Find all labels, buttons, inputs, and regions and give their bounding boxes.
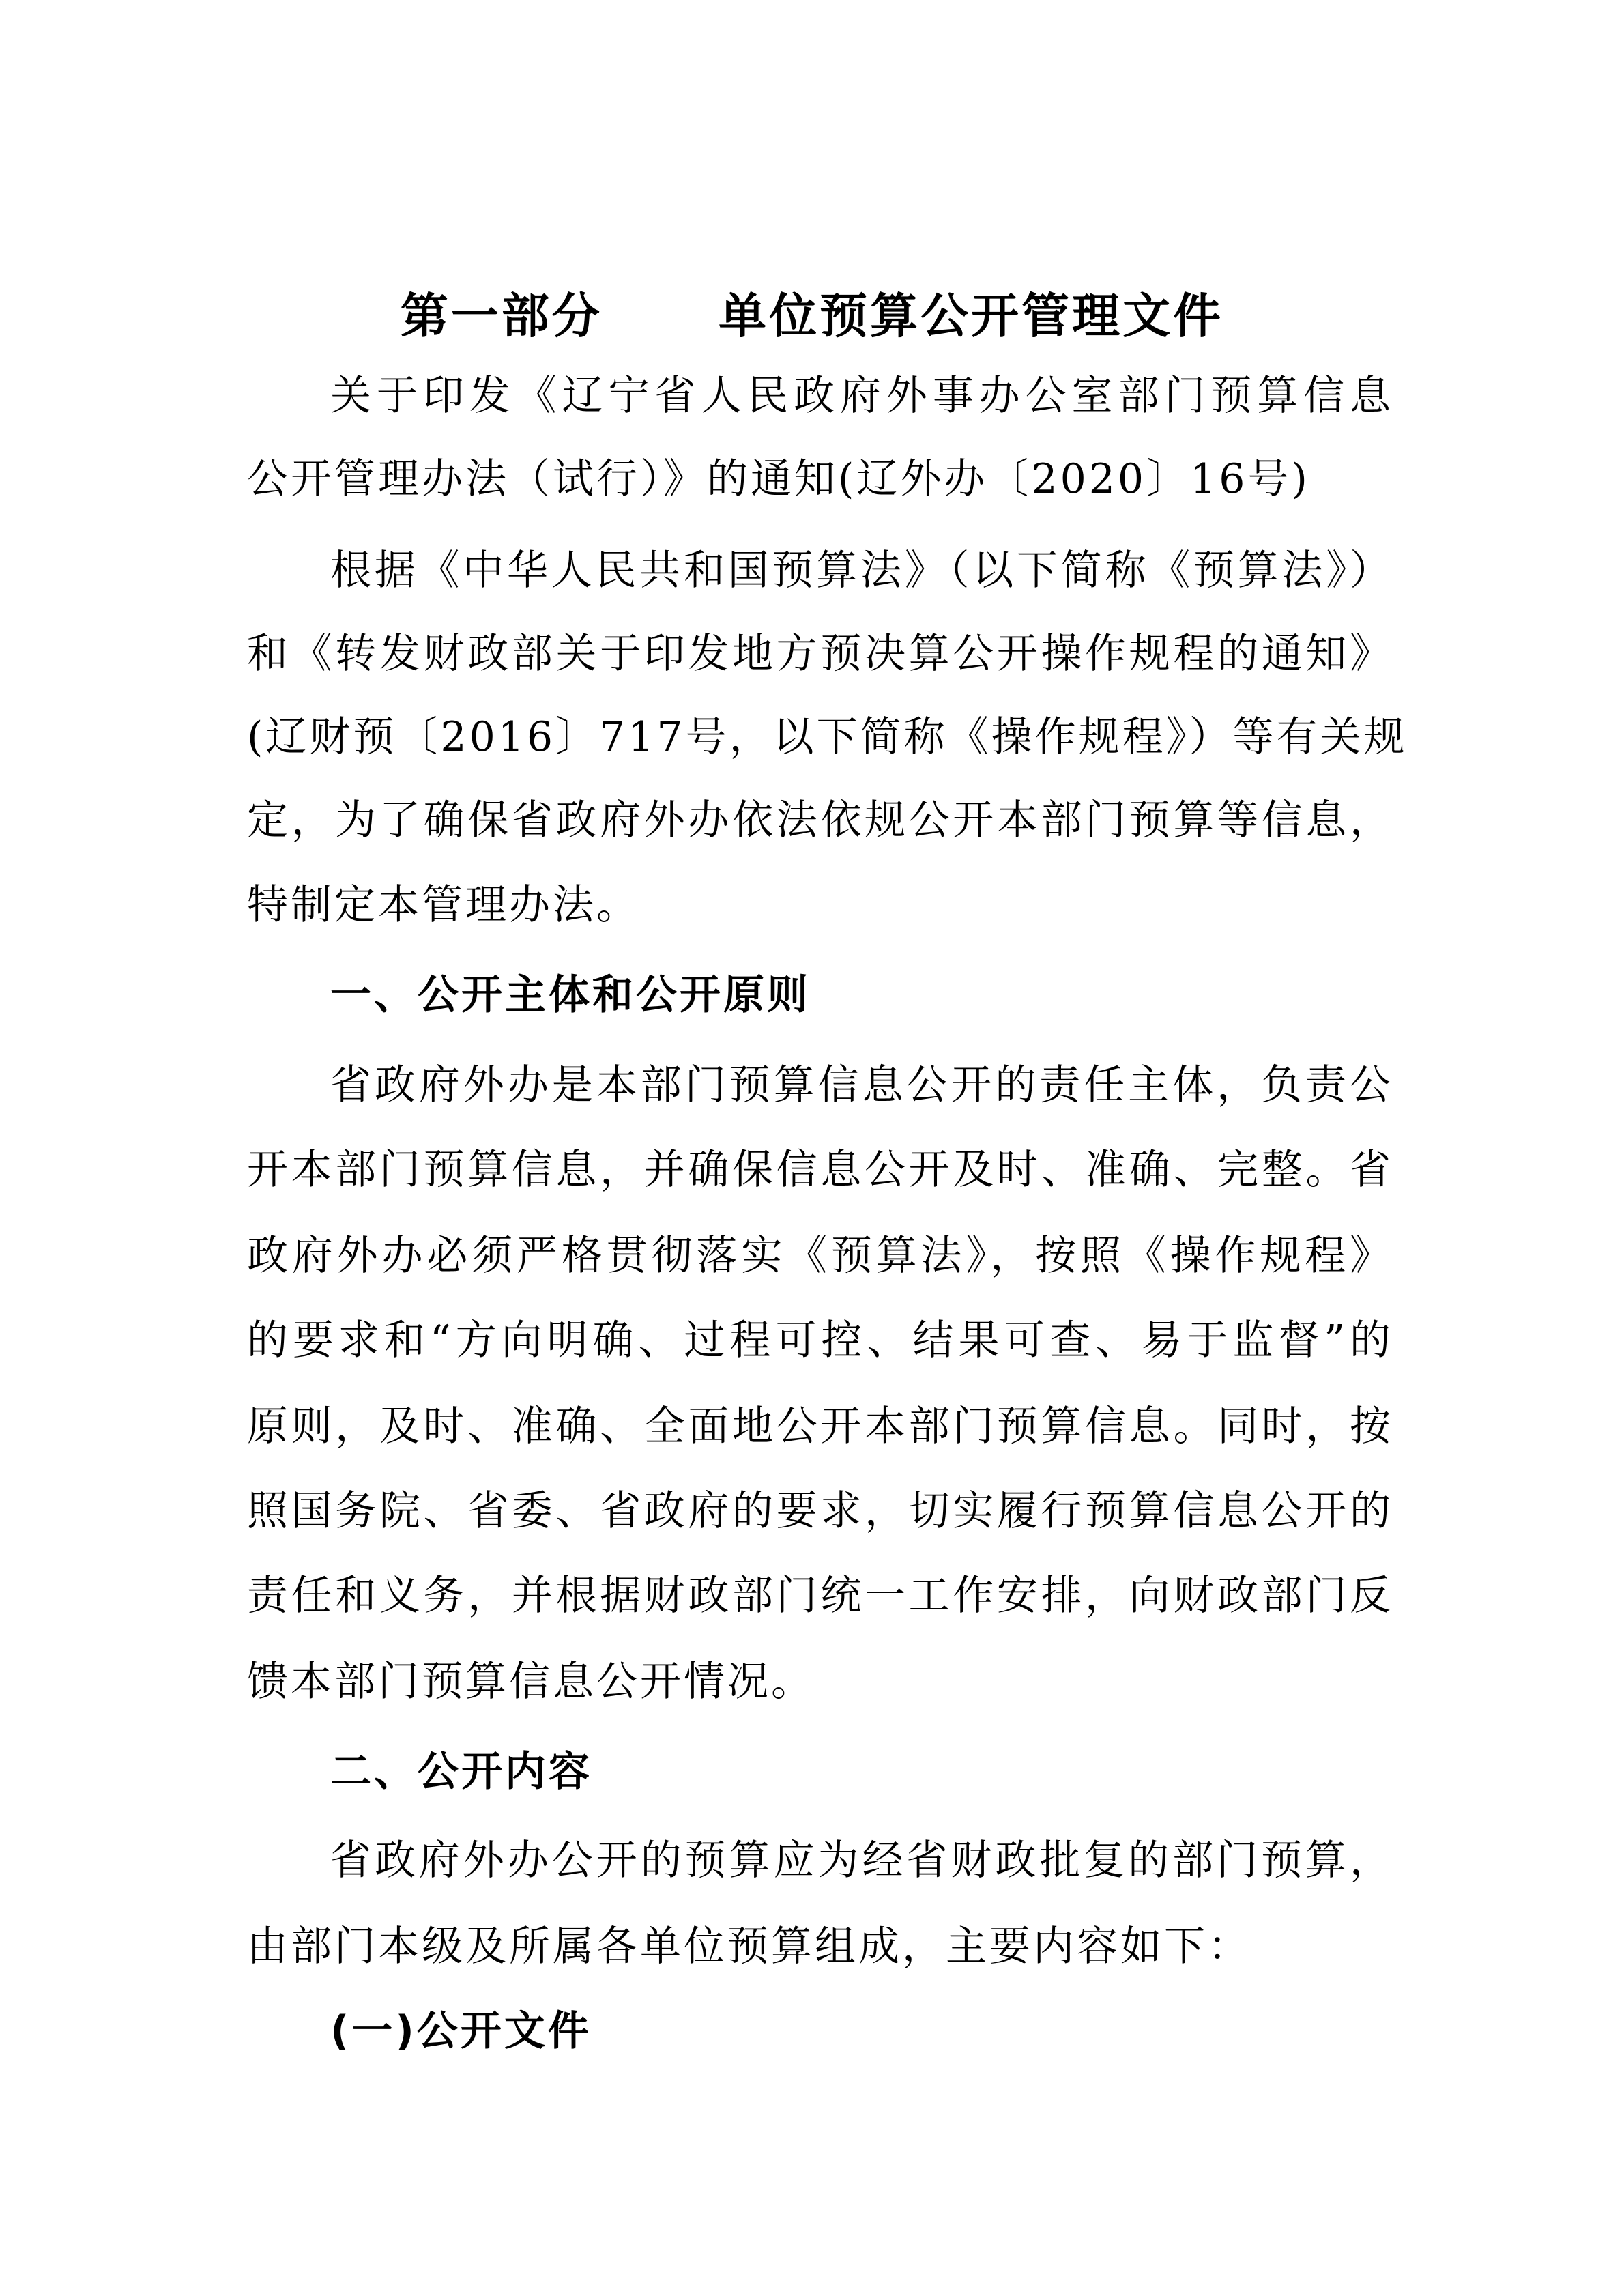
section1-line-8: 馈本部门预算信息公开情况。 (247, 1654, 1393, 1709)
document-page: 第一部分 单位预算公开管理文件 关于印发《辽宁省人民政府外事办公室部门预算信息 … (0, 0, 1624, 2296)
notice-title-line-1: 关于印发《辽宁省人民政府外事办公室部门预算信息 (330, 369, 1393, 423)
intro-line-1: 根据《中华人民共和国预算法》（以下简称《预算法》） (330, 543, 1393, 598)
section1-line-5: 原则，及时、准确、全面地公开本部门预算信息。同时，按 (247, 1399, 1393, 1454)
section1-line-4: 的要求和“方向明确、过程可控、结果可查、易于监督”的 (247, 1313, 1393, 1368)
subsection-heading-1: (一)公开文件 (330, 2004, 1477, 2058)
section2-line-1: 省政府外办公开的预算应为经省财政批复的部门预算， (330, 1833, 1393, 1888)
section1-line-6: 照国务院、省委、省政府的要求，切实履行预算信息公开的 (247, 1484, 1393, 1538)
section1-line-7: 责任和义务，并根据财政部门统一工作安排，向财政部门反 (247, 1568, 1393, 1623)
intro-line-5: 特制定本管理办法。 (247, 878, 1393, 932)
part-title: 第一部分 单位预算公开管理文件 (0, 285, 1624, 347)
section1-line-1: 省政府外办是本部门预算信息公开的责任主体，负责公 (330, 1058, 1393, 1113)
section1-line-3: 政府外办必须严格贯彻落实《预算法》，按照《操作规程》 (247, 1229, 1393, 1283)
intro-line-2: 和《转发财政部关于印发地方预决算公开操作规程的通知》 (247, 627, 1393, 681)
section-heading-1: 一、公开主体和公开原则 (330, 968, 1477, 1022)
intro-line-3: (辽财预〔2016〕717号，以下简称《操作规程》）等有关规 (247, 710, 1393, 764)
section-heading-2: 二、公开内容 (330, 1745, 1477, 1799)
section2-line-2: 由部门本级及所属各单位预算组成，主要内容如下： (247, 1919, 1393, 1974)
intro-line-4: 定，为了确保省政府外办依法依规公开本部门预算等信息， (247, 793, 1393, 848)
notice-title-line-2: 公开管理办法（试行）》的通知(辽外办〔2020〕16号) (247, 452, 1393, 506)
section1-line-2: 开本部门预算信息，并确保信息公开及时、准确、完整。省 (247, 1143, 1393, 1197)
